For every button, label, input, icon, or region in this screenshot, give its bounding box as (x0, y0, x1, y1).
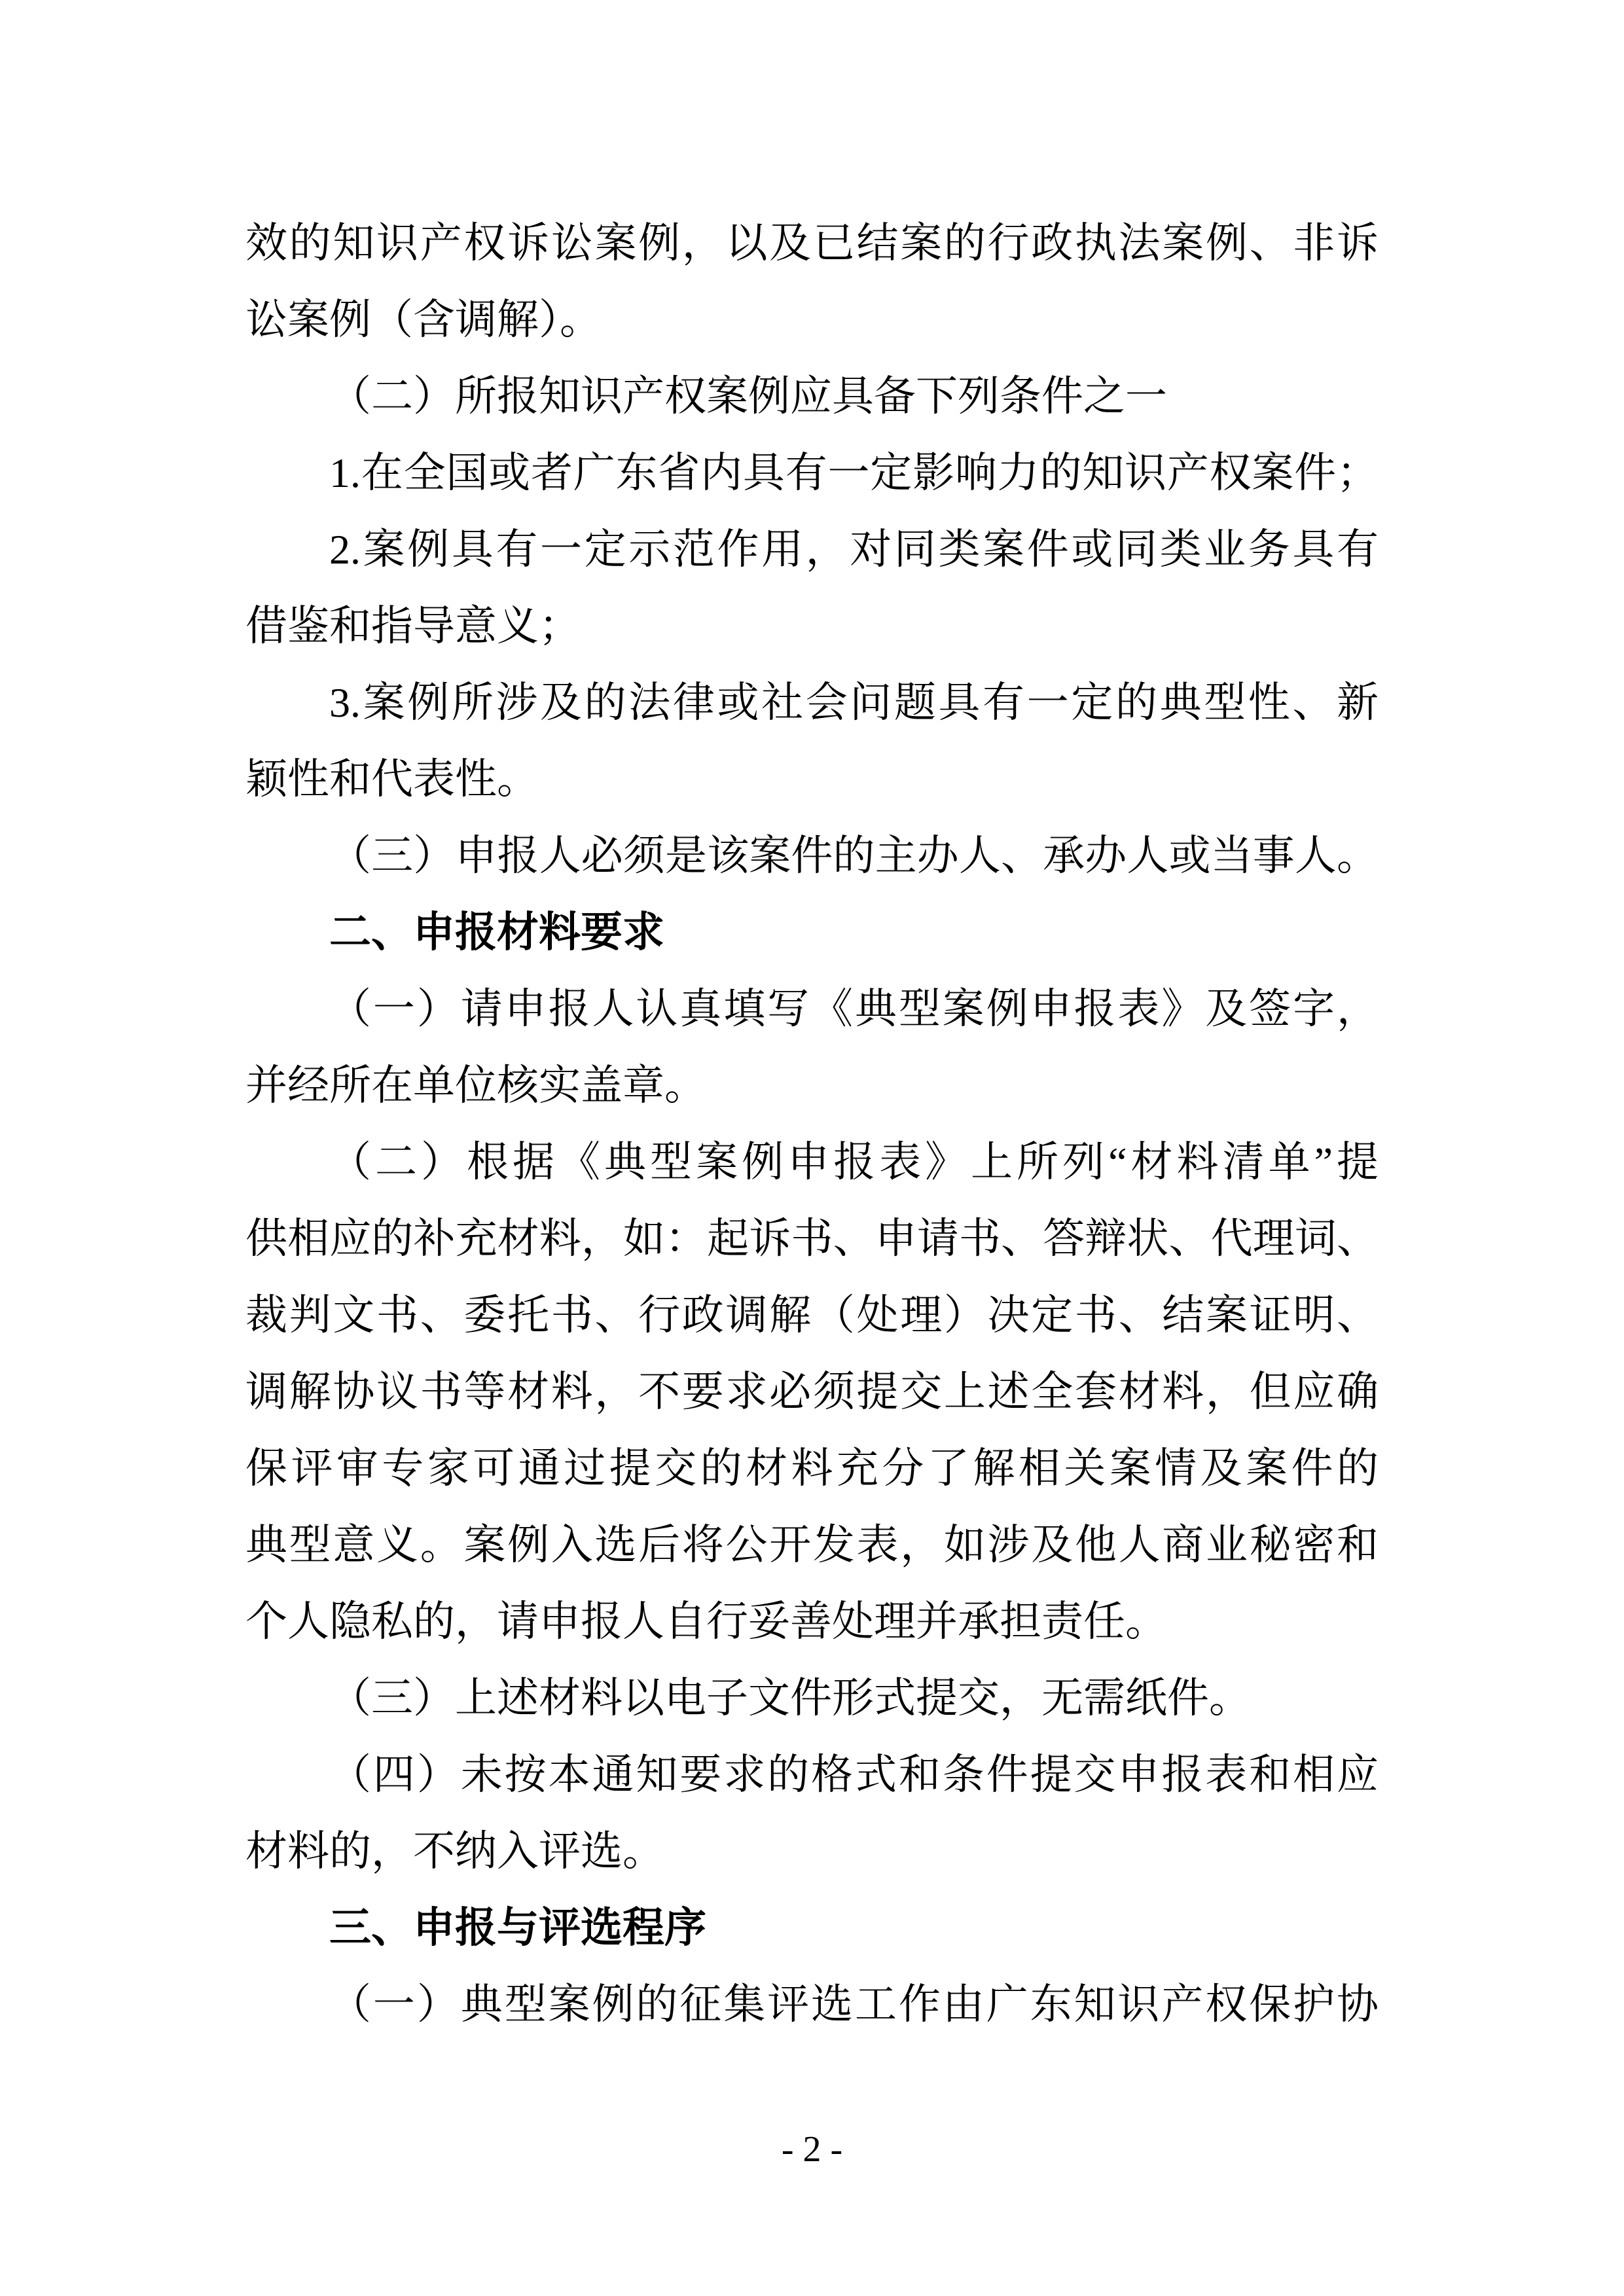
text-line: （三）上述材料以电子文件形式提交，无需纸件。 (245, 1660, 1379, 1736)
text-line: 3.案例所涉及的法律或社会问题具有一定的典型性、新 (245, 664, 1379, 741)
text-line: （三）申报人必须是该案件的主办人、承办人或当事人。 (245, 817, 1379, 894)
document-page: 效的知识产权诉讼案例，以及已结案的行政执法案例、非诉 讼案例（含调解）。 （二）… (0, 0, 1624, 2296)
text-line: （一）典型案例的征集评选工作由广东知识产权保护协 (245, 1966, 1379, 2043)
text-line: 1.在全国或者广东省内具有一定影响力的知识产权案件； (245, 435, 1379, 511)
text-line: （二）所报知识产权案例应具备下列条件之一 (245, 358, 1379, 435)
text-line: 效的知识产权诉讼案例，以及已结案的行政执法案例、非诉 (245, 205, 1379, 281)
text-line: 2.案例具有一定示范作用，对同类案件或同类业务具有 (245, 511, 1379, 588)
text-line: 材料的，不纳入评选。 (245, 1813, 1379, 1890)
text-line: 典型意义。案例入选后将公开发表，如涉及他人商业秘密和 (245, 1507, 1379, 1583)
text-line: 借鉴和指导意义； (245, 588, 1379, 664)
text-line: 个人隐私的，请申报人自行妥善处理并承担责任。 (245, 1583, 1379, 1660)
text-line: 保评审专家可通过提交的材料充分了解相关案情及案件的 (245, 1430, 1379, 1507)
section-heading: 二、申报材料要求 (245, 894, 1379, 971)
text-line: 颖性和代表性。 (245, 741, 1379, 817)
text-line: （一）请申报人认真填写《典型案例申报表》及签字， (245, 971, 1379, 1047)
text-line: （四）未按本通知要求的格式和条件提交申报表和相应 (245, 1736, 1379, 1813)
text-line: 讼案例（含调解）。 (245, 281, 1379, 358)
text-line: （二）根据《典型案例申报表》上所列“材料清单”提 (245, 1124, 1379, 1200)
text-line: 裁判文书、委托书、行政调解（处理）决定书、结案证明、 (245, 1277, 1379, 1354)
text-line: 供相应的补充材料，如：起诉书、申请书、答辩状、代理词、 (245, 1200, 1379, 1277)
text-line: 并经所在单位核实盖章。 (245, 1047, 1379, 1124)
page-number: - 2 - (782, 2129, 842, 2170)
document-body: 效的知识产权诉讼案例，以及已结案的行政执法案例、非诉 讼案例（含调解）。 （二）… (245, 205, 1379, 2043)
text-line: 调解协议书等材料，不要求必须提交上述全套材料，但应确 (245, 1354, 1379, 1430)
section-heading: 三、申报与评选程序 (245, 1890, 1379, 1966)
page-footer: - 2 - (0, 2130, 1624, 2169)
